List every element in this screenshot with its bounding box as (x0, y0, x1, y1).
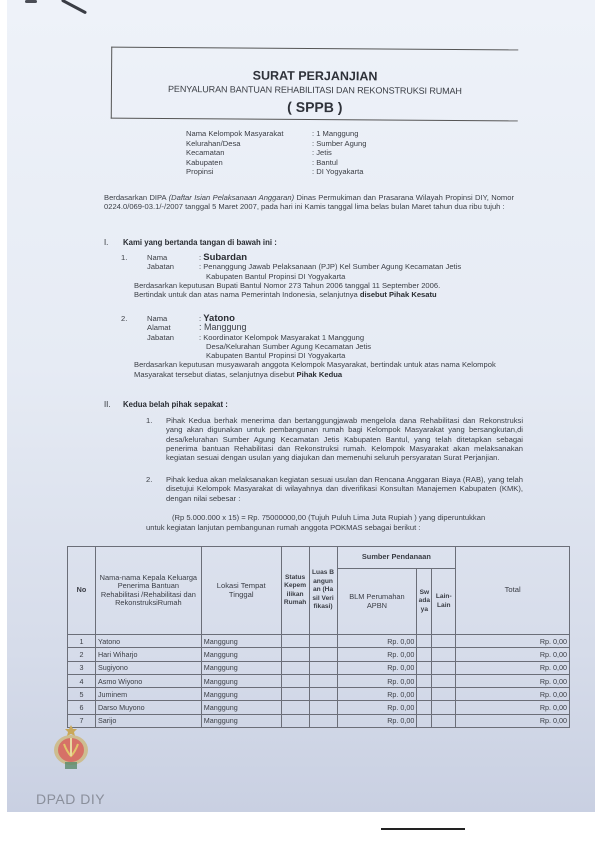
pen-mark (61, 0, 87, 14)
cell-area (309, 648, 337, 661)
cell-location: Manggung (201, 661, 281, 674)
cell-area (309, 661, 337, 674)
item-number: 1. (146, 416, 152, 425)
cell-blm: Rp. 0,00 (337, 701, 417, 714)
table-row: 1YatonoManggungRp. 0,00Rp. 0,00 (68, 635, 570, 648)
title-box: SURAT PERJANJIAN PENYALURAN BANTUAN REHA… (111, 47, 518, 122)
cell-no: 5 (68, 688, 96, 701)
cell-location: Manggung (201, 701, 281, 714)
cell-blm: Rp. 0,00 (337, 661, 417, 674)
cell-total: Rp. 0,00 (456, 714, 570, 727)
group-info: Nama Kelompok Masyarakat: 1 Manggung Kel… (186, 129, 366, 177)
cell-blm: Rp. 0,00 (337, 648, 417, 661)
info-row: Kecamatan: Jetis (186, 148, 366, 158)
cell-lain (432, 674, 456, 687)
cell-lain (432, 701, 456, 714)
cell-name: Asmo Wiyono (95, 674, 201, 687)
cell-area (309, 688, 337, 701)
cell-status (281, 674, 309, 687)
cell-lain (432, 635, 456, 648)
table-row: 2Hari WiharjoManggungRp. 0,00Rp. 0,00 (68, 648, 570, 661)
cell-name: Darso Muyono (95, 701, 201, 714)
info-row: Kelurahan/Desa: Sumber Agung (186, 139, 366, 149)
table-row: 4Asmo WiyonoManggungRp. 0,00Rp. 0,00 (68, 674, 570, 687)
cell-status (281, 688, 309, 701)
cell-name: Hari Wiharjo (95, 648, 201, 661)
cell-total: Rp. 0,00 (456, 648, 570, 661)
cell-area (309, 635, 337, 648)
header-name: Nama-nama Kepala Keluarga Penerima Bantu… (95, 547, 201, 635)
header-location: Lokasi Tempat Tinggal (201, 547, 281, 635)
document-subtitle: PENYALURAN BANTUAN REHABILITASI DAN REKO… (112, 84, 518, 97)
party-1: 1.Nama: Subardan Jabatan: Penanggung Jaw… (121, 253, 521, 299)
info-row: Kabupaten: Bantul (186, 158, 366, 168)
agreement-item-2: Pihak kedua akan melaksanakan kegiatan s… (166, 475, 523, 503)
cell-total: Rp. 0,00 (456, 701, 570, 714)
cell-lain (432, 714, 456, 727)
party-2: 2.Nama: Yatono Alamat: Manggung Jabatan:… (121, 314, 531, 379)
cell-location: Manggung (201, 674, 281, 687)
info-row: Nama Kelompok Masyarakat: 1 Manggung (186, 129, 366, 139)
cell-location: Manggung (201, 714, 281, 727)
table-row: 7SarijoManggungRp. 0,00Rp. 0,00 (68, 714, 570, 727)
cell-swadaya (417, 661, 432, 674)
cell-total: Rp. 0,00 (456, 635, 570, 648)
cell-blm: Rp. 0,00 (337, 688, 417, 701)
cell-location: Manggung (201, 648, 281, 661)
cell-total: Rp. 0,00 (456, 661, 570, 674)
cell-swadaya (417, 688, 432, 701)
header-lain: Lain-Lain (432, 569, 456, 635)
cell-location: Manggung (201, 688, 281, 701)
cell-blm: Rp. 0,00 (337, 714, 417, 727)
cell-no: 1 (68, 635, 96, 648)
cell-swadaya (417, 648, 432, 661)
cell-swadaya (417, 714, 432, 727)
table-row: 6Darso MuyonoManggungRp. 0,00Rp. 0,00 (68, 701, 570, 714)
cell-lain (432, 648, 456, 661)
amount-line-2: untuk kegiatan lanjutan pembangunan ruma… (146, 523, 526, 532)
header-blm: BLM Perumahan APBN (337, 569, 417, 635)
header-no: No (68, 547, 96, 635)
header-area: Luas Bangunan (Hasil Verifikasi) (309, 547, 337, 635)
cell-area (309, 701, 337, 714)
cell-swadaya (417, 635, 432, 648)
item-number: 2. (146, 475, 152, 484)
header-total: Total (456, 547, 570, 635)
pen-mark (25, 0, 37, 3)
cell-swadaya (417, 701, 432, 714)
info-row: Propinsi: DI Yogyakarta (186, 167, 366, 177)
cell-no: 4 (68, 674, 96, 687)
header-swadaya: Swadaya (417, 569, 432, 635)
document-code: ( SPPB ) (112, 98, 518, 117)
dpad-emblem-icon (50, 724, 92, 772)
cell-status (281, 635, 309, 648)
header-status: Status Kepemilikan Rumah (281, 547, 309, 635)
cell-location: Manggung (201, 635, 281, 648)
cell-total: Rp. 0,00 (456, 674, 570, 687)
cell-area (309, 674, 337, 687)
document-title: SURAT PERJANJIAN (112, 68, 518, 85)
header-funding: Sumber Pendanaan (337, 547, 456, 569)
cell-lain (432, 688, 456, 701)
cell-name: Sarijo (95, 714, 201, 727)
table-row: 3SugiyonoManggungRp. 0,00Rp. 0,00 (68, 661, 570, 674)
cell-no: 6 (68, 701, 96, 714)
cell-lain (432, 661, 456, 674)
cell-blm: Rp. 0,00 (337, 635, 417, 648)
cell-name: Juminem (95, 688, 201, 701)
recipients-table: No Nama-nama Kepala Keluarga Penerima Ba… (67, 546, 570, 728)
watermark-text: DPAD DIY (36, 791, 105, 807)
section-2-heading: II.Kedua belah pihak sepakat : (104, 400, 228, 409)
cell-status (281, 701, 309, 714)
cell-total: Rp. 0,00 (456, 688, 570, 701)
cell-status (281, 714, 309, 727)
footer-line (381, 828, 465, 830)
party-1-name: Subardan (203, 253, 247, 262)
table-row: 5JuminemManggungRp. 0,00Rp. 0,00 (68, 688, 570, 701)
cell-blm: Rp. 0,00 (337, 674, 417, 687)
cell-name: Yatono (95, 635, 201, 648)
cell-name: Sugiyono (95, 661, 201, 674)
cell-no: 2 (68, 648, 96, 661)
cell-swadaya (417, 674, 432, 687)
amount-line: (Rp 5.000.000 x 15) = Rp. 75000000,00 (T… (172, 513, 532, 522)
cell-status (281, 661, 309, 674)
intro-paragraph: Berdasarkan DIPA (Daftar Isian Pelaksana… (104, 193, 514, 212)
cell-status (281, 648, 309, 661)
cell-area (309, 714, 337, 727)
section-1-heading: I.Kami yang bertanda tangan di bawah ini… (104, 238, 277, 247)
agreement-item-1: Pihak Kedua berhak menerima dan bertangg… (166, 416, 523, 462)
cell-no: 3 (68, 661, 96, 674)
